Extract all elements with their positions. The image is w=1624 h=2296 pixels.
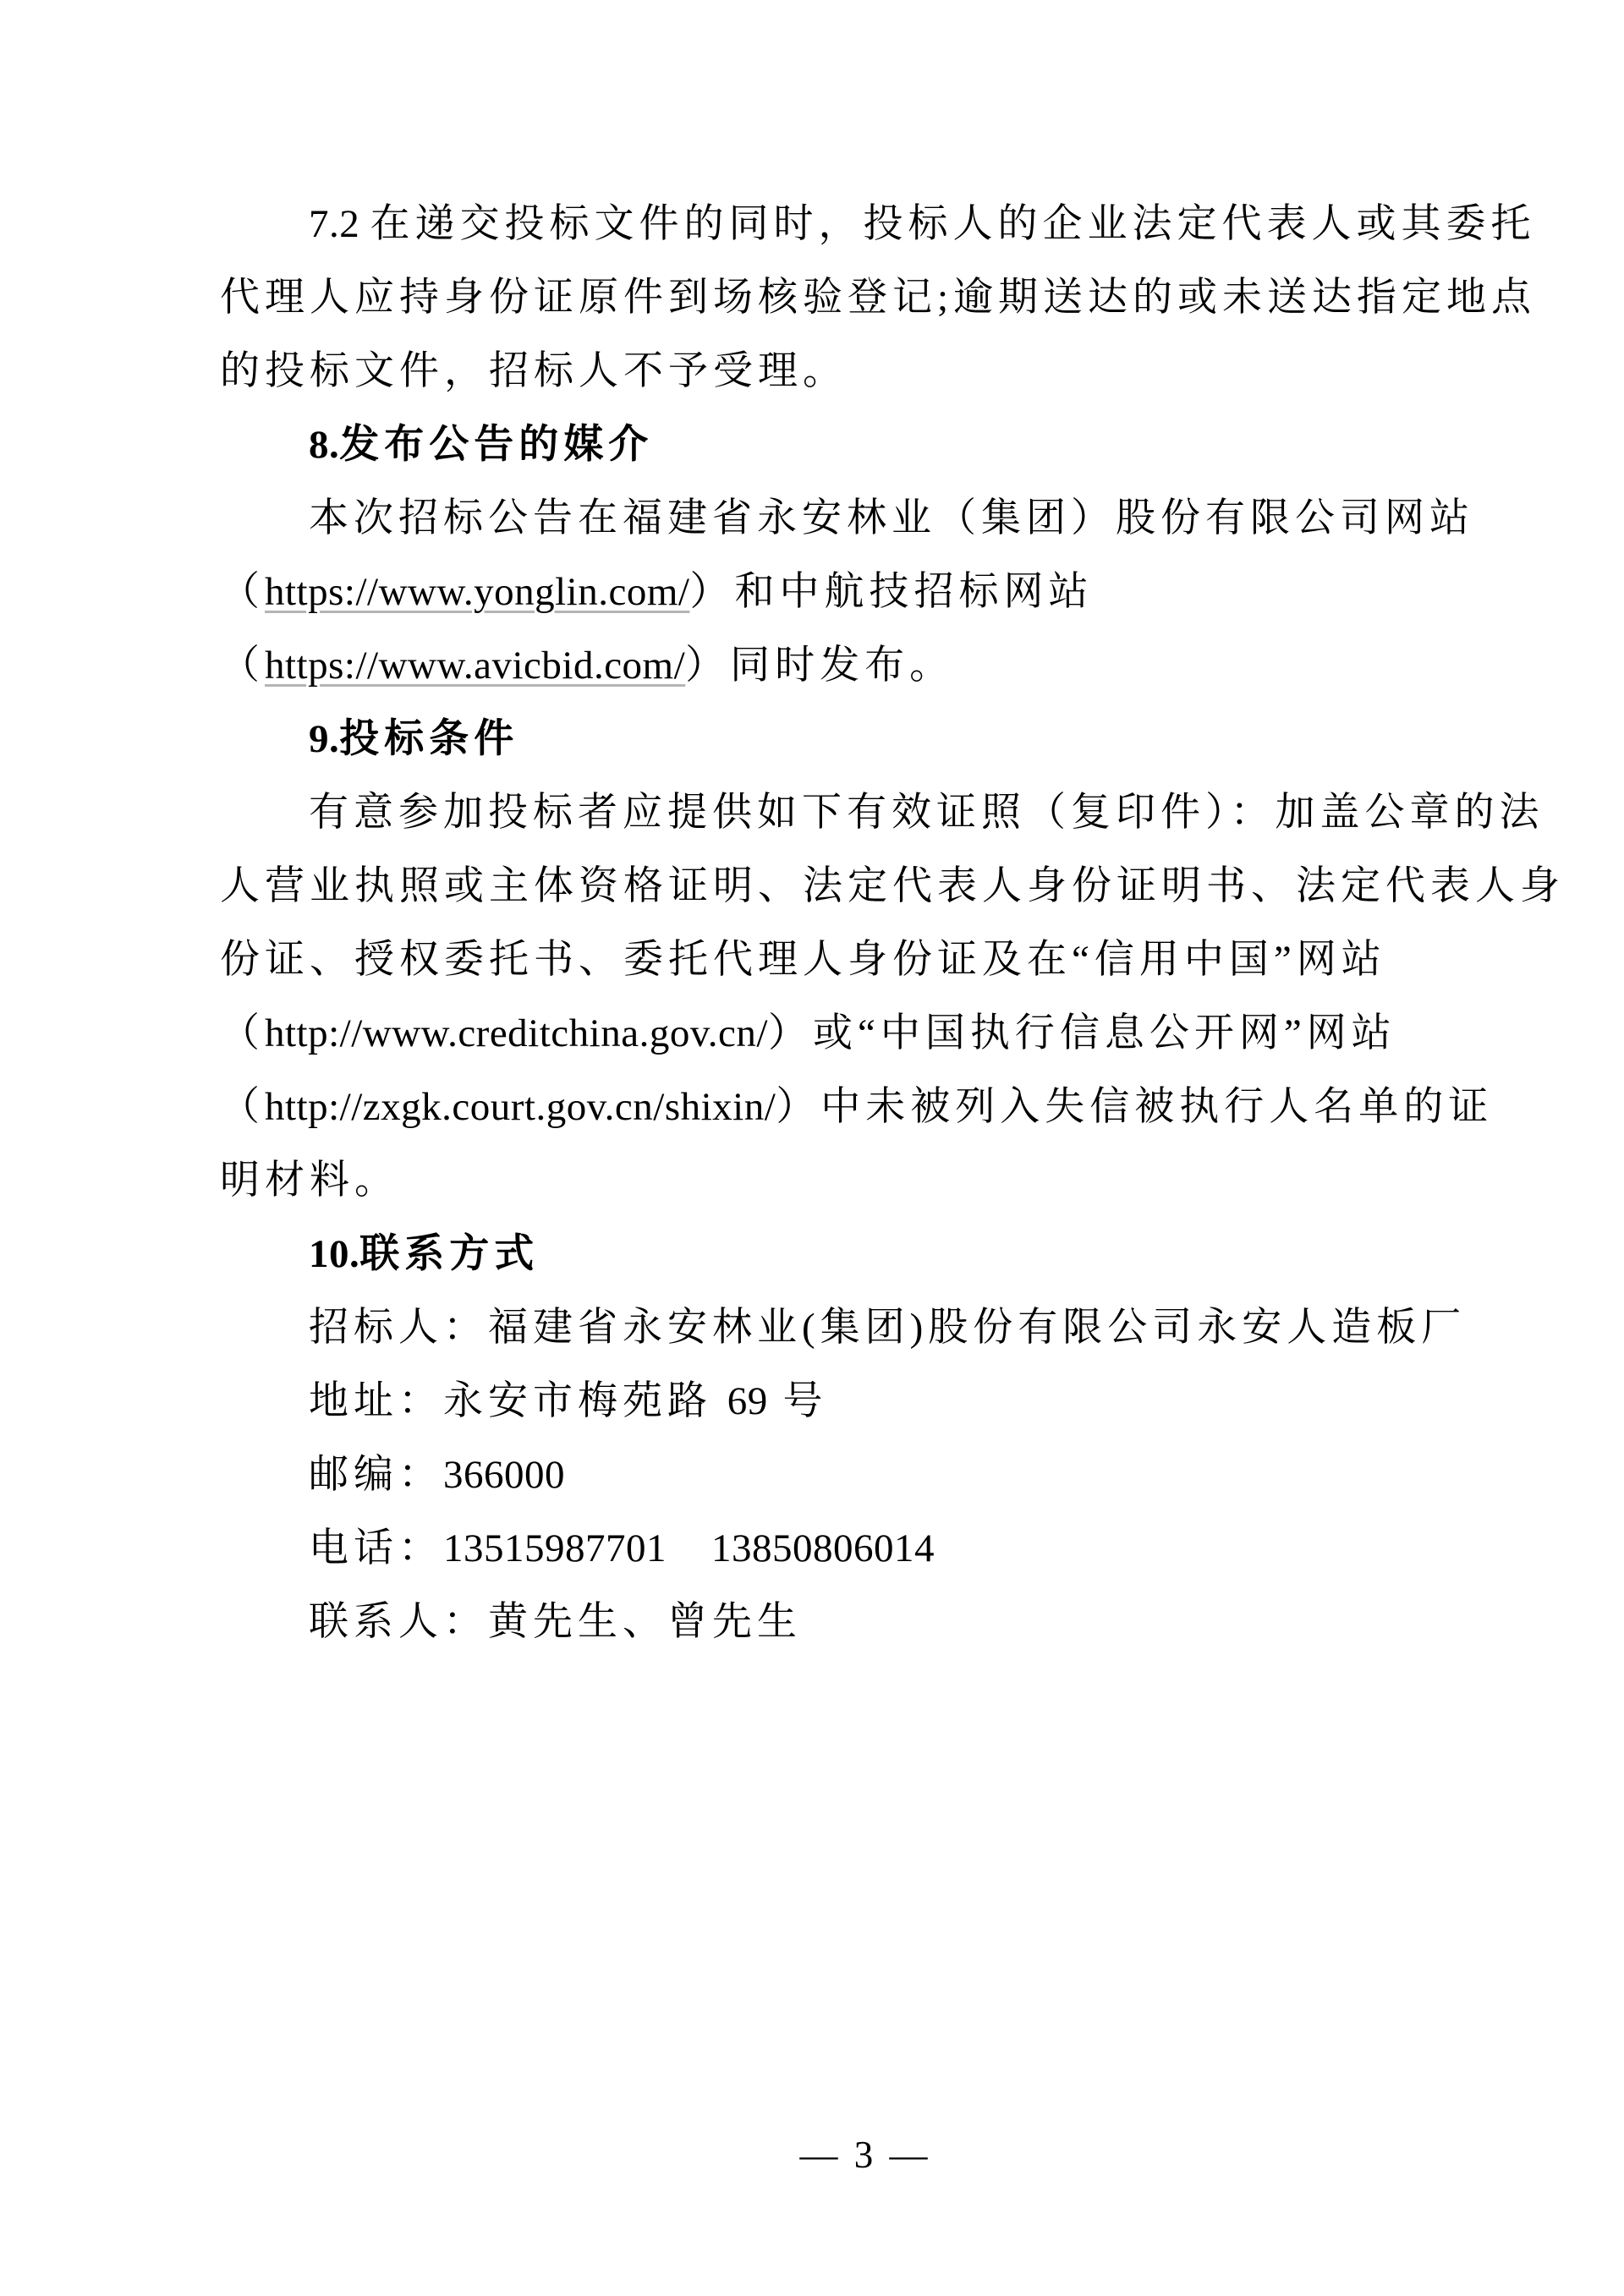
text-run bbox=[667, 1526, 711, 1570]
text-run: 8. bbox=[309, 423, 339, 467]
text-run: 发布公告的媒介 bbox=[339, 423, 653, 467]
text-run: 联系方式 bbox=[359, 1232, 539, 1276]
text-run: 13850806014 bbox=[711, 1526, 935, 1570]
para-9-line-1: 有意参加投标者应提供如下有效证照（复印件）：加盖公章的法 bbox=[220, 776, 1556, 850]
text-run: 明材料。 bbox=[220, 1159, 399, 1203]
page-number-footer: — 3 — bbox=[0, 2129, 1624, 2180]
para-8-line-1: 本次招标公告在福建省永安林业（集团）股份有限公司网站 bbox=[220, 482, 1556, 556]
text-run: 7.2 bbox=[309, 202, 370, 246]
para-7-2-line-1: 7.2 在递交投标文件的同时，投标人的企业法定代表人或其委托 bbox=[220, 188, 1556, 261]
text-run: ）中未被列入失信被执行人名单的证 bbox=[776, 1085, 1493, 1129]
heading-8: 8.发布公告的媒介 bbox=[220, 408, 1556, 482]
text-run: 联系人：黄先生、曾先生 bbox=[309, 1600, 802, 1644]
text-run: 邮编： bbox=[309, 1453, 443, 1497]
text-run: 366000 bbox=[443, 1453, 565, 1497]
heading-10: 10.联系方式 bbox=[220, 1218, 1556, 1291]
contact-postcode: 邮编：366000 bbox=[220, 1438, 1556, 1512]
text-run: （ bbox=[220, 1011, 265, 1055]
document-body: 7.2 在递交投标文件的同时，投标人的企业法定代表人或其委托代理人应持身份证原件… bbox=[220, 188, 1556, 1659]
para-7-2-line-3: 的投标文件，招标人不予受理。 bbox=[220, 335, 1556, 408]
para-7-2-line-2: 代理人应持身份证原件到场核验登记;逾期送达的或未送达指定地点 bbox=[220, 261, 1556, 335]
text-run: 电话： bbox=[309, 1526, 443, 1570]
text-run: 投标条件 bbox=[339, 717, 518, 761]
para-8-line-3: （https://www.avicbid.com/）同时发布。 bbox=[220, 629, 1556, 703]
para-9-line-2: 人营业执照或主体资格证明、法定代表人身份证明书、法定代表人身 bbox=[220, 850, 1556, 923]
url-link[interactable]: https://www.avicbid.com/ bbox=[265, 644, 685, 688]
document-page: 7.2 在递交投标文件的同时，投标人的企业法定代表人或其委托代理人应持身份证原件… bbox=[0, 0, 1624, 2296]
text-run: ）和中航技招标网站 bbox=[689, 570, 1093, 614]
para-9-line-3: 份证、授权委托书、委托代理人身份证及在“信用中国”网站 bbox=[220, 923, 1556, 997]
heading-9: 9.投标条件 bbox=[220, 703, 1556, 776]
text-run: 号 bbox=[768, 1379, 828, 1423]
text-run: （ bbox=[220, 1085, 265, 1129]
text-run: 招标人：福建省永安林业(集团)股份有限公司永安人造板厂 bbox=[309, 1306, 1466, 1350]
contact-person: 联系人：黄先生、曾先生 bbox=[220, 1586, 1556, 1659]
text-run: 代理人应持身份证原件到场核验登记;逾期送达的或未送达指定地点 bbox=[220, 276, 1536, 320]
text-run: ）或“中国执行信息公开网”网站 bbox=[768, 1011, 1396, 1055]
text-run: 在递交投标文件的同时，投标人的企业法定代表人或其委托 bbox=[370, 202, 1536, 246]
text-run: 人营业执照或主体资格证明、法定代表人身份证明书、法定代表人身 bbox=[220, 864, 1565, 908]
text-run: 本次招标公告在福建省永安林业（集团）股份有限公司网站 bbox=[309, 496, 1474, 540]
text-run: http://www.creditchina.gov.cn/ bbox=[265, 1011, 768, 1055]
text-run: 的投标文件，招标人不予受理。 bbox=[220, 349, 848, 393]
url-link[interactable]: https://www.yonglin.com/ bbox=[265, 570, 689, 614]
contact-tenderer: 招标人：福建省永安林业(集团)股份有限公司永安人造板厂 bbox=[220, 1291, 1556, 1365]
text-run: 份证、授权委托书、委托代理人身份证及在“信用中国”网站 bbox=[220, 938, 1386, 982]
contact-phone: 电话：13515987701 13850806014 bbox=[220, 1512, 1556, 1586]
text-run: （ bbox=[220, 644, 265, 688]
text-run: http://zxgk.court.gov.cn/shixin/ bbox=[265, 1085, 776, 1129]
para-9-line-6: 明材料。 bbox=[220, 1144, 1556, 1218]
para-9-line-5: （http://zxgk.court.gov.cn/shixin/）中未被列入失… bbox=[220, 1071, 1556, 1144]
para-8-line-2: （https://www.yonglin.com/）和中航技招标网站 bbox=[220, 556, 1556, 629]
contact-address: 地址：永安市梅苑路 69 号 bbox=[220, 1365, 1556, 1438]
text-run: 9. bbox=[309, 717, 339, 761]
text-run: 地址：永安市梅苑路 bbox=[309, 1379, 727, 1423]
text-run: 69 bbox=[727, 1379, 768, 1423]
text-run: 13515987701 bbox=[443, 1526, 667, 1570]
text-run: （ bbox=[220, 570, 265, 614]
text-run: 有意参加投标者应提供如下有效证照（复印件）：加盖公章的法 bbox=[309, 791, 1544, 835]
text-run: 10. bbox=[309, 1232, 359, 1276]
para-9-line-4: （http://www.creditchina.gov.cn/）或“中国执行信息… bbox=[220, 997, 1556, 1071]
text-run: ）同时发布。 bbox=[685, 644, 954, 688]
